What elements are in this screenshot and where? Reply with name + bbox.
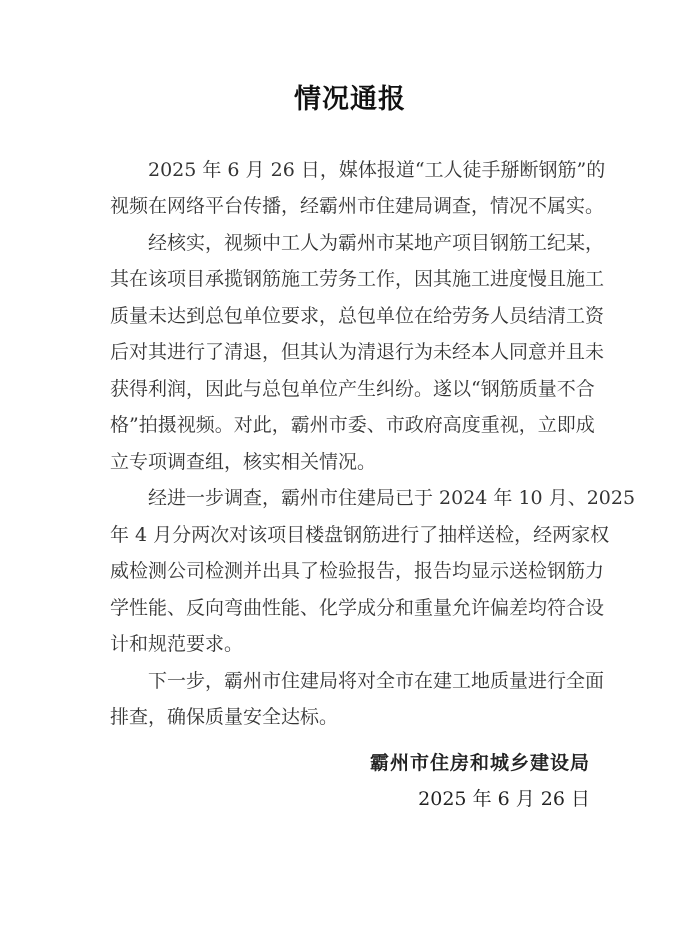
paragraph-line: 获得利润，因此与总包单位产生纠纷。遂以“钢筋质量不合 xyxy=(110,376,594,402)
paragraph-line: 视频在网络平台传播，经霸州市住建局调查，情况不属实。 xyxy=(110,193,594,219)
issuing-organization: 霸州市住房和城乡建设局 xyxy=(370,750,590,776)
document-title: 情况通报 xyxy=(0,80,700,120)
paragraph-line: 格”拍摄视频。对此，霸州市委、市政府高度重视，立即成 xyxy=(110,412,594,438)
paragraph-line: 学性能、反向弯曲性能、化学成分和重量允许偏差均符合设 xyxy=(110,595,594,621)
paragraph-line: 年 4 月分两次对该项目楼盘钢筋进行了抽样送检，经两家权 xyxy=(110,522,594,548)
issue-date: 2025 年 6 月 26 日 xyxy=(418,786,590,812)
paragraph-line: 质量未达到总包单位要求，总包单位在给劳务人员结清工资 xyxy=(110,303,594,329)
paragraph-line: 经进一步调查，霸州市住建局已于 2024 年 10 月、2025 xyxy=(148,485,594,511)
notice-document: 情况通报 2025 年 6 月 26 日，媒体报道“工人徒手掰断钢筋”的 视频在… xyxy=(0,0,700,944)
paragraph-line: 下一步，霸州市住建局将对全市在建工地质量进行全面 xyxy=(148,668,594,694)
paragraph-line: 2025 年 6 月 26 日，媒体报道“工人徒手掰断钢筋”的 xyxy=(148,157,594,183)
paragraph-line: 经核实，视频中工人为霸州市某地产项目钢筋工纪某， xyxy=(148,230,594,256)
paragraph-line: 排查，确保质量安全达标。 xyxy=(110,704,594,730)
paragraph-line: 威检测公司检测并出具了检验报告，报告均显示送检钢筋力 xyxy=(110,558,594,584)
paragraph-line: 计和规范要求。 xyxy=(110,631,594,657)
paragraph-line: 后对其进行了清退，但其认为清退行为未经本人同意并且未 xyxy=(110,339,594,365)
paragraph-line: 立专项调查组，核实相关情况。 xyxy=(110,449,594,475)
paragraph-line: 其在该项目承揽钢筋施工劳务工作，因其施工进度慢且施工 xyxy=(110,266,594,292)
